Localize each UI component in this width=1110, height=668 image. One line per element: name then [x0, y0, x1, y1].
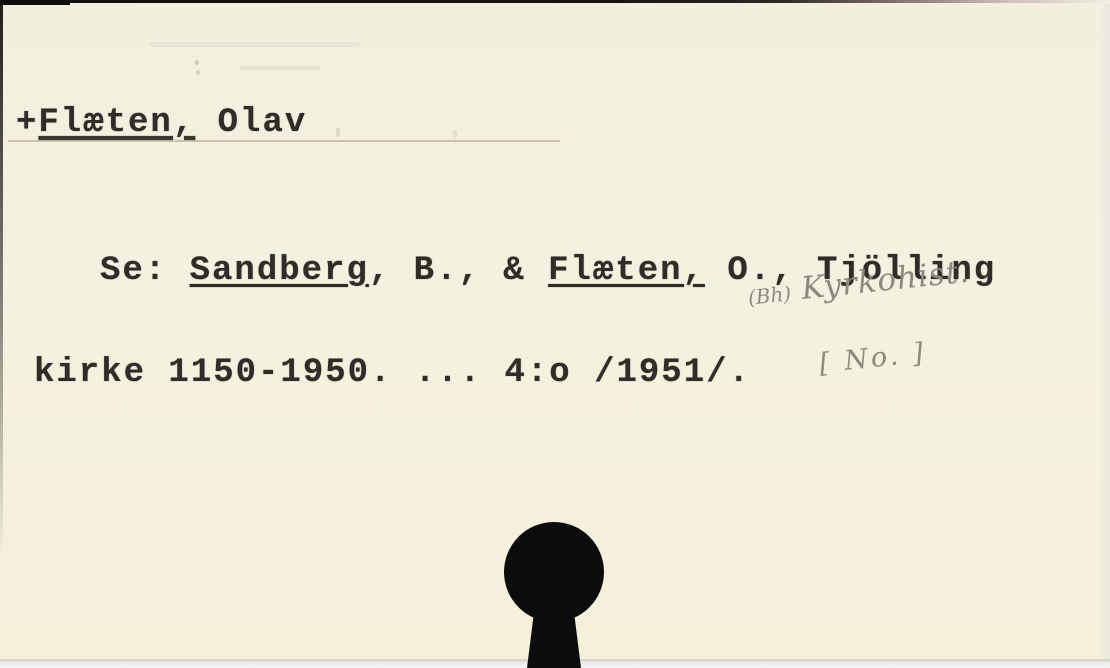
referenced-author-flaten: Flæten,: [548, 252, 705, 290]
card-top-left-edge-shadow: [0, 0, 70, 5]
faint-smudge: [336, 128, 340, 137]
see-reference-label: Se:: [100, 252, 190, 290]
keyhole-punch-hole: [494, 512, 614, 668]
handwritten-prefix: (Bh): [747, 281, 792, 309]
handwritten-number-placeholder: [ No. ]: [818, 333, 979, 379]
card-left-edge-shadow: [0, 0, 3, 560]
handwritten-subject: Kyrkohist.: [789, 253, 972, 308]
faint-smudge: [240, 66, 320, 70]
faint-smudge: [453, 130, 457, 138]
referenced-author-sandberg: Sandberg: [190, 252, 369, 290]
handwritten-note: (Bh) Kyrkohist. [ No. ]: [742, 217, 983, 424]
faint-smudge: [150, 42, 360, 47]
card-right-edge: [1100, 4, 1110, 664]
handwritten-classification: (Bh) Kyrkohist.: [746, 254, 972, 314]
card-heading: +Flæten, Olav: [16, 106, 307, 140]
heading-forename: Olav: [195, 104, 307, 142]
reference-text: , B., &: [369, 252, 548, 290]
added-entry-plus-sign: +: [16, 104, 38, 142]
catalog-card-scan: +Flæten, Olav Se: Sandberg, B., & Flæten…: [0, 0, 1110, 668]
card-top-edge-shadow: [0, 0, 1110, 3]
faint-smudge: [196, 70, 200, 75]
faint-smudge: [195, 60, 199, 65]
heading-surname: Flæten,: [38, 104, 195, 142]
